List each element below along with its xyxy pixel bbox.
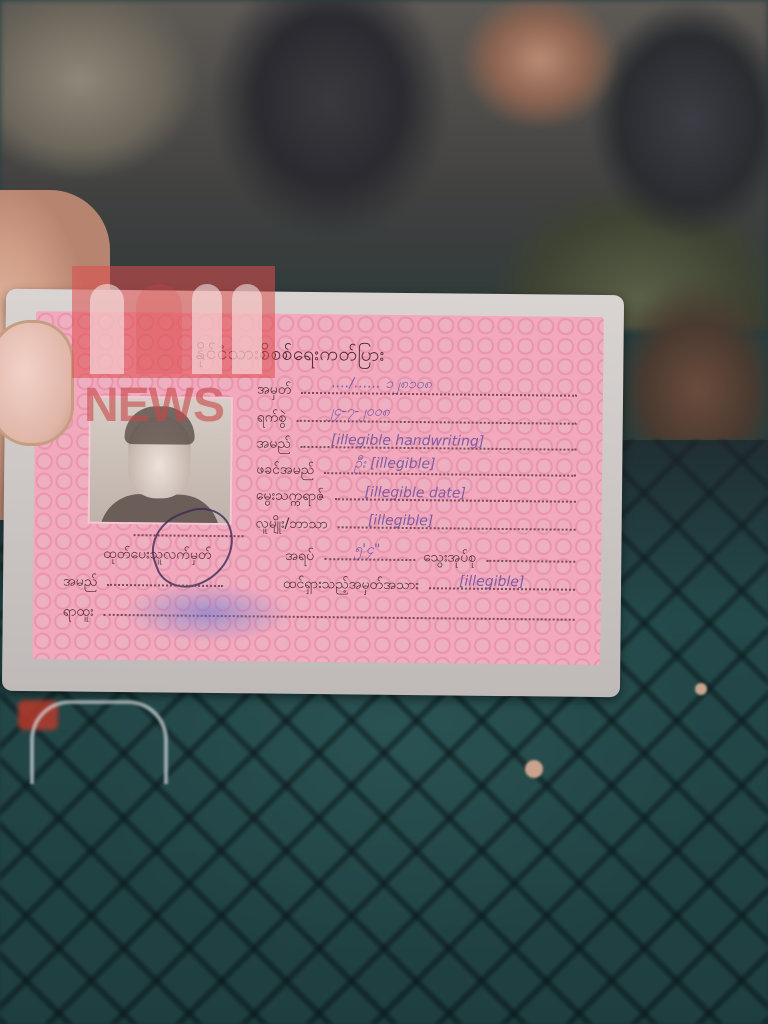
id-card-sleeve: နိုင်ငံသားစိစစ်ရေးကတ်ပြား အမှတ် ..../...… [2, 289, 624, 697]
field-father-name: ဖခင်အမည် ဦး [illegible] [256, 459, 576, 483]
field-label: ထင်ရှားသည့်အမှတ်အသား [283, 574, 419, 596]
field-label: အရပ် [285, 546, 314, 567]
field-label: မွေးသက္ကရာဇ် [256, 485, 325, 507]
field-number: အမှတ် ..../...... ၁၂၈၁၀၈ [257, 379, 577, 403]
citizenship-scrutiny-card: နိုင်ငံသားစိစစ်ရေးကတ်ပြား အမှတ် ..../...… [32, 311, 604, 665]
field-date-of-birth: မွေးသက္ကရာဇ် [illegible date] [256, 485, 576, 509]
field-value: ၅'၄" [354, 539, 380, 560]
field-value: [illegible] [368, 513, 434, 530]
issuer-signature-label: ထုတ်ပေးသူလက်မှတ် [103, 544, 212, 566]
field-value: ဦး [illegible] [354, 453, 435, 475]
cable [30, 700, 168, 784]
field-value: [illegible] [459, 574, 525, 591]
field-dots: ၂၄-၇-၂၀၀၈ [296, 410, 576, 425]
field-dots: ဦး [illegible] [324, 462, 576, 477]
field-label: အမှတ် [257, 379, 292, 400]
field-distinguishing-mark: ထင်ရှားသည့်အမှတ်အသား [illegible] [283, 574, 575, 598]
field-dots: [illegible handwriting] [301, 436, 577, 451]
field-label: ဖခင်အမည် [256, 459, 314, 481]
field-label: လူမျိုး/ဘာသာ [256, 513, 328, 535]
debris-particle [695, 683, 707, 695]
blue-ink-stamp [122, 582, 293, 644]
field-value: [illegible date] [364, 485, 466, 502]
field-blood-type: သွေးအုပ်စု [423, 547, 575, 570]
field-label: ရာထူး [63, 601, 94, 622]
field-label: အမည် [63, 571, 98, 592]
field-race-religion: လူမျိုး/ဘာသာ [illegible] [256, 513, 576, 537]
field-dots: [illegible] [429, 577, 575, 591]
id-photo [88, 396, 233, 526]
field-dots [486, 550, 575, 563]
card-title: နိုင်ငံသားစိစစ်ရေးကတ်ပြား [195, 341, 385, 371]
field-dots: ၅'၄" [324, 548, 415, 561]
field-value: [illegible handwriting] [331, 432, 484, 450]
field-value: ၂၄-၇-၂၀၀၈ [326, 401, 390, 423]
field-value: ..../...... ၁၂၈၁၀၈ [332, 373, 432, 395]
field-label: ရက်စွဲ [257, 407, 287, 428]
photo-hair [125, 406, 195, 445]
issuer-signature-label-wrap: ထုတ်ပေးသူလက်မှတ် [103, 544, 212, 566]
field-date: ရက်စွဲ ၂၄-၇-၂၀၀၈ [257, 407, 577, 431]
field-label: အမည် [256, 433, 291, 454]
field-dots: ..../...... ၁၂၈၁၀၈ [302, 382, 578, 397]
thumb [0, 320, 74, 446]
field-dots: [illegible] [338, 516, 576, 530]
field-height: အရပ် ၅'၄" [285, 546, 415, 568]
field-dots: [illegible date] [334, 488, 576, 503]
debris-particle [525, 760, 543, 778]
field-label: သွေးအုပ်စု [423, 547, 476, 569]
